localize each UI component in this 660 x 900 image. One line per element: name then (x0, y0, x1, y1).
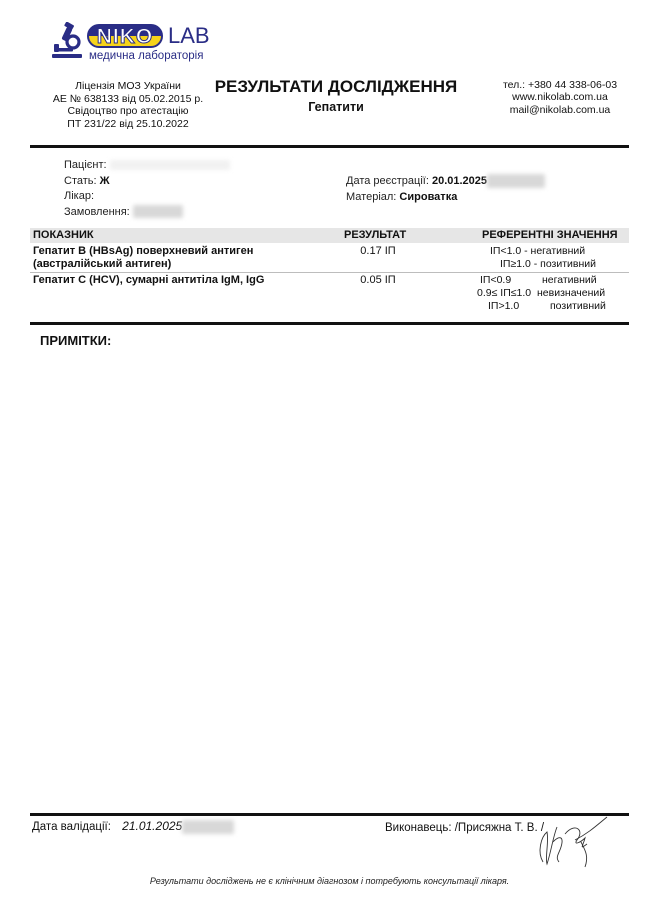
license-info: Ліцензія МОЗ України АЕ № 638133 від 05.… (30, 80, 226, 130)
reference-label: невизначений (537, 287, 605, 300)
order-number-redacted (133, 205, 183, 218)
reference-range: ІП>1.0 (488, 300, 519, 313)
logo-lab-text: LAB (168, 23, 210, 49)
microscope-icon (52, 22, 84, 60)
license-line: Ліцензія МОЗ України (30, 80, 226, 93)
validation-date: 21.01.2025 (122, 819, 182, 833)
reference-label: негативний (542, 274, 597, 287)
doctor-label: Лікар: (64, 190, 94, 202)
reg-date-row: Дата реєстрації: 20.01.2025 (346, 174, 545, 190)
executor: Виконавець: /Присяжна Т. В. / (385, 822, 544, 834)
indicator-line: Гепатит В (HBsAg) поверхневий антиген (33, 245, 253, 258)
reference-range: ІП<0.9 (480, 274, 511, 287)
table-row-reference: ІП<0.9 негативний 0.9≤ ІП≤1.0 невизначен… (480, 274, 620, 313)
sex-label: Стать: (64, 175, 97, 187)
header-reference: РЕФЕРЕНТНІ ЗНАЧЕННЯ (482, 229, 618, 241)
table-row-result: 0.17 ІП (333, 245, 423, 258)
patient-name-redacted (110, 160, 230, 170)
table-row-result: 0.05 ІП (333, 274, 423, 287)
validation-label: Дата валідації: (32, 821, 111, 833)
license-line: ПТ 231/22 від 25.10.2022 (30, 118, 226, 131)
reference-label: позитивний (550, 300, 606, 313)
reference-range: 0.9≤ ІП≤1.0 (477, 287, 531, 300)
reference-line: ІП≥1.0 - позитивний (480, 258, 596, 271)
contact-phone: тел.: +380 44 338-06-03 (480, 79, 640, 91)
document-subtitle: Гепатити (205, 100, 467, 114)
reference-line: ІП<1.0 - негативний (480, 245, 596, 258)
reg-date-label: Дата реєстрації: (346, 175, 429, 187)
validation-time-redacted (182, 820, 234, 834)
header-result: РЕЗУЛЬТАТ (344, 229, 406, 241)
notes-title: ПРИМІТКИ: (40, 333, 111, 348)
reg-time-redacted (487, 174, 545, 188)
results-table-header: ПОКАЗНИК РЕЗУЛЬТАТ РЕФЕРЕНТНІ ЗНАЧЕННЯ (30, 228, 629, 243)
divider (30, 322, 629, 325)
license-line: Свідоцтво про атестацію (30, 105, 226, 118)
contact-email[interactable]: mail@nikolab.com.ua (480, 104, 640, 116)
nikolab-logo: NIKO LAB медична лабораторія (52, 20, 212, 65)
logo-pill: NIKO (87, 24, 163, 48)
header-indicator: ПОКАЗНИК (33, 229, 94, 241)
reg-date-value: 20.01.2025 (432, 175, 487, 187)
reference-line: 0.9≤ ІП≤1.0 невизначений (480, 287, 620, 300)
doctor-row: Лікар: (64, 189, 230, 205)
signature-icon (535, 812, 615, 872)
indicator-line: (австралійський антиген) (33, 258, 253, 271)
divider (30, 145, 629, 148)
reference-line: ІП<0.9 негативний (480, 274, 620, 287)
table-row-indicator: Гепатит С (HCV), сумарні антитіла IgM, I… (33, 274, 264, 287)
reference-line: ІП>1.0 позитивний (480, 300, 620, 313)
logo-tagline: медична лабораторія (89, 50, 203, 62)
table-row-reference: ІП<1.0 - негативний ІП≥1.0 - позитивний (480, 245, 596, 271)
disclaimer: Результати досліджень не є клінічним діа… (30, 876, 629, 886)
material-value: Сироватка (399, 191, 457, 203)
sex-value: Ж (100, 175, 110, 187)
logo-brand-text: NIKO (89, 25, 161, 48)
material-row: Матеріал: Сироватка (346, 190, 545, 206)
validation-info: Дата валідації: 21.01.2025 (32, 819, 234, 834)
contacts: тел.: +380 44 338-06-03 www.nikolab.com.… (480, 79, 640, 116)
order-label: Замовлення: (64, 206, 130, 218)
row-divider (30, 272, 629, 273)
table-row-indicator: Гепатит В (HBsAg) поверхневий антиген (а… (33, 245, 253, 271)
document-title: РЕЗУЛЬТАТИ ДОСЛІДЖЕННЯ (205, 77, 467, 97)
patient-info: Пацієнт: Стать: Ж Лікар: Замовлення: (64, 158, 230, 220)
registration-info: Дата реєстрації: 20.01.2025 Матеріал: Си… (346, 174, 545, 205)
sex-row: Стать: Ж (64, 174, 230, 190)
license-line: АЕ № 638133 від 05.02.2015 р. (30, 93, 226, 106)
indicator-line: Гепатит С (HCV), сумарні антитіла IgM, I… (33, 274, 264, 287)
patient-label: Пацієнт: (64, 159, 107, 171)
order-row: Замовлення: (64, 205, 230, 221)
material-label: Матеріал: (346, 191, 396, 203)
contact-website[interactable]: www.nikolab.com.ua (480, 91, 640, 103)
patient-row: Пацієнт: (64, 158, 230, 174)
